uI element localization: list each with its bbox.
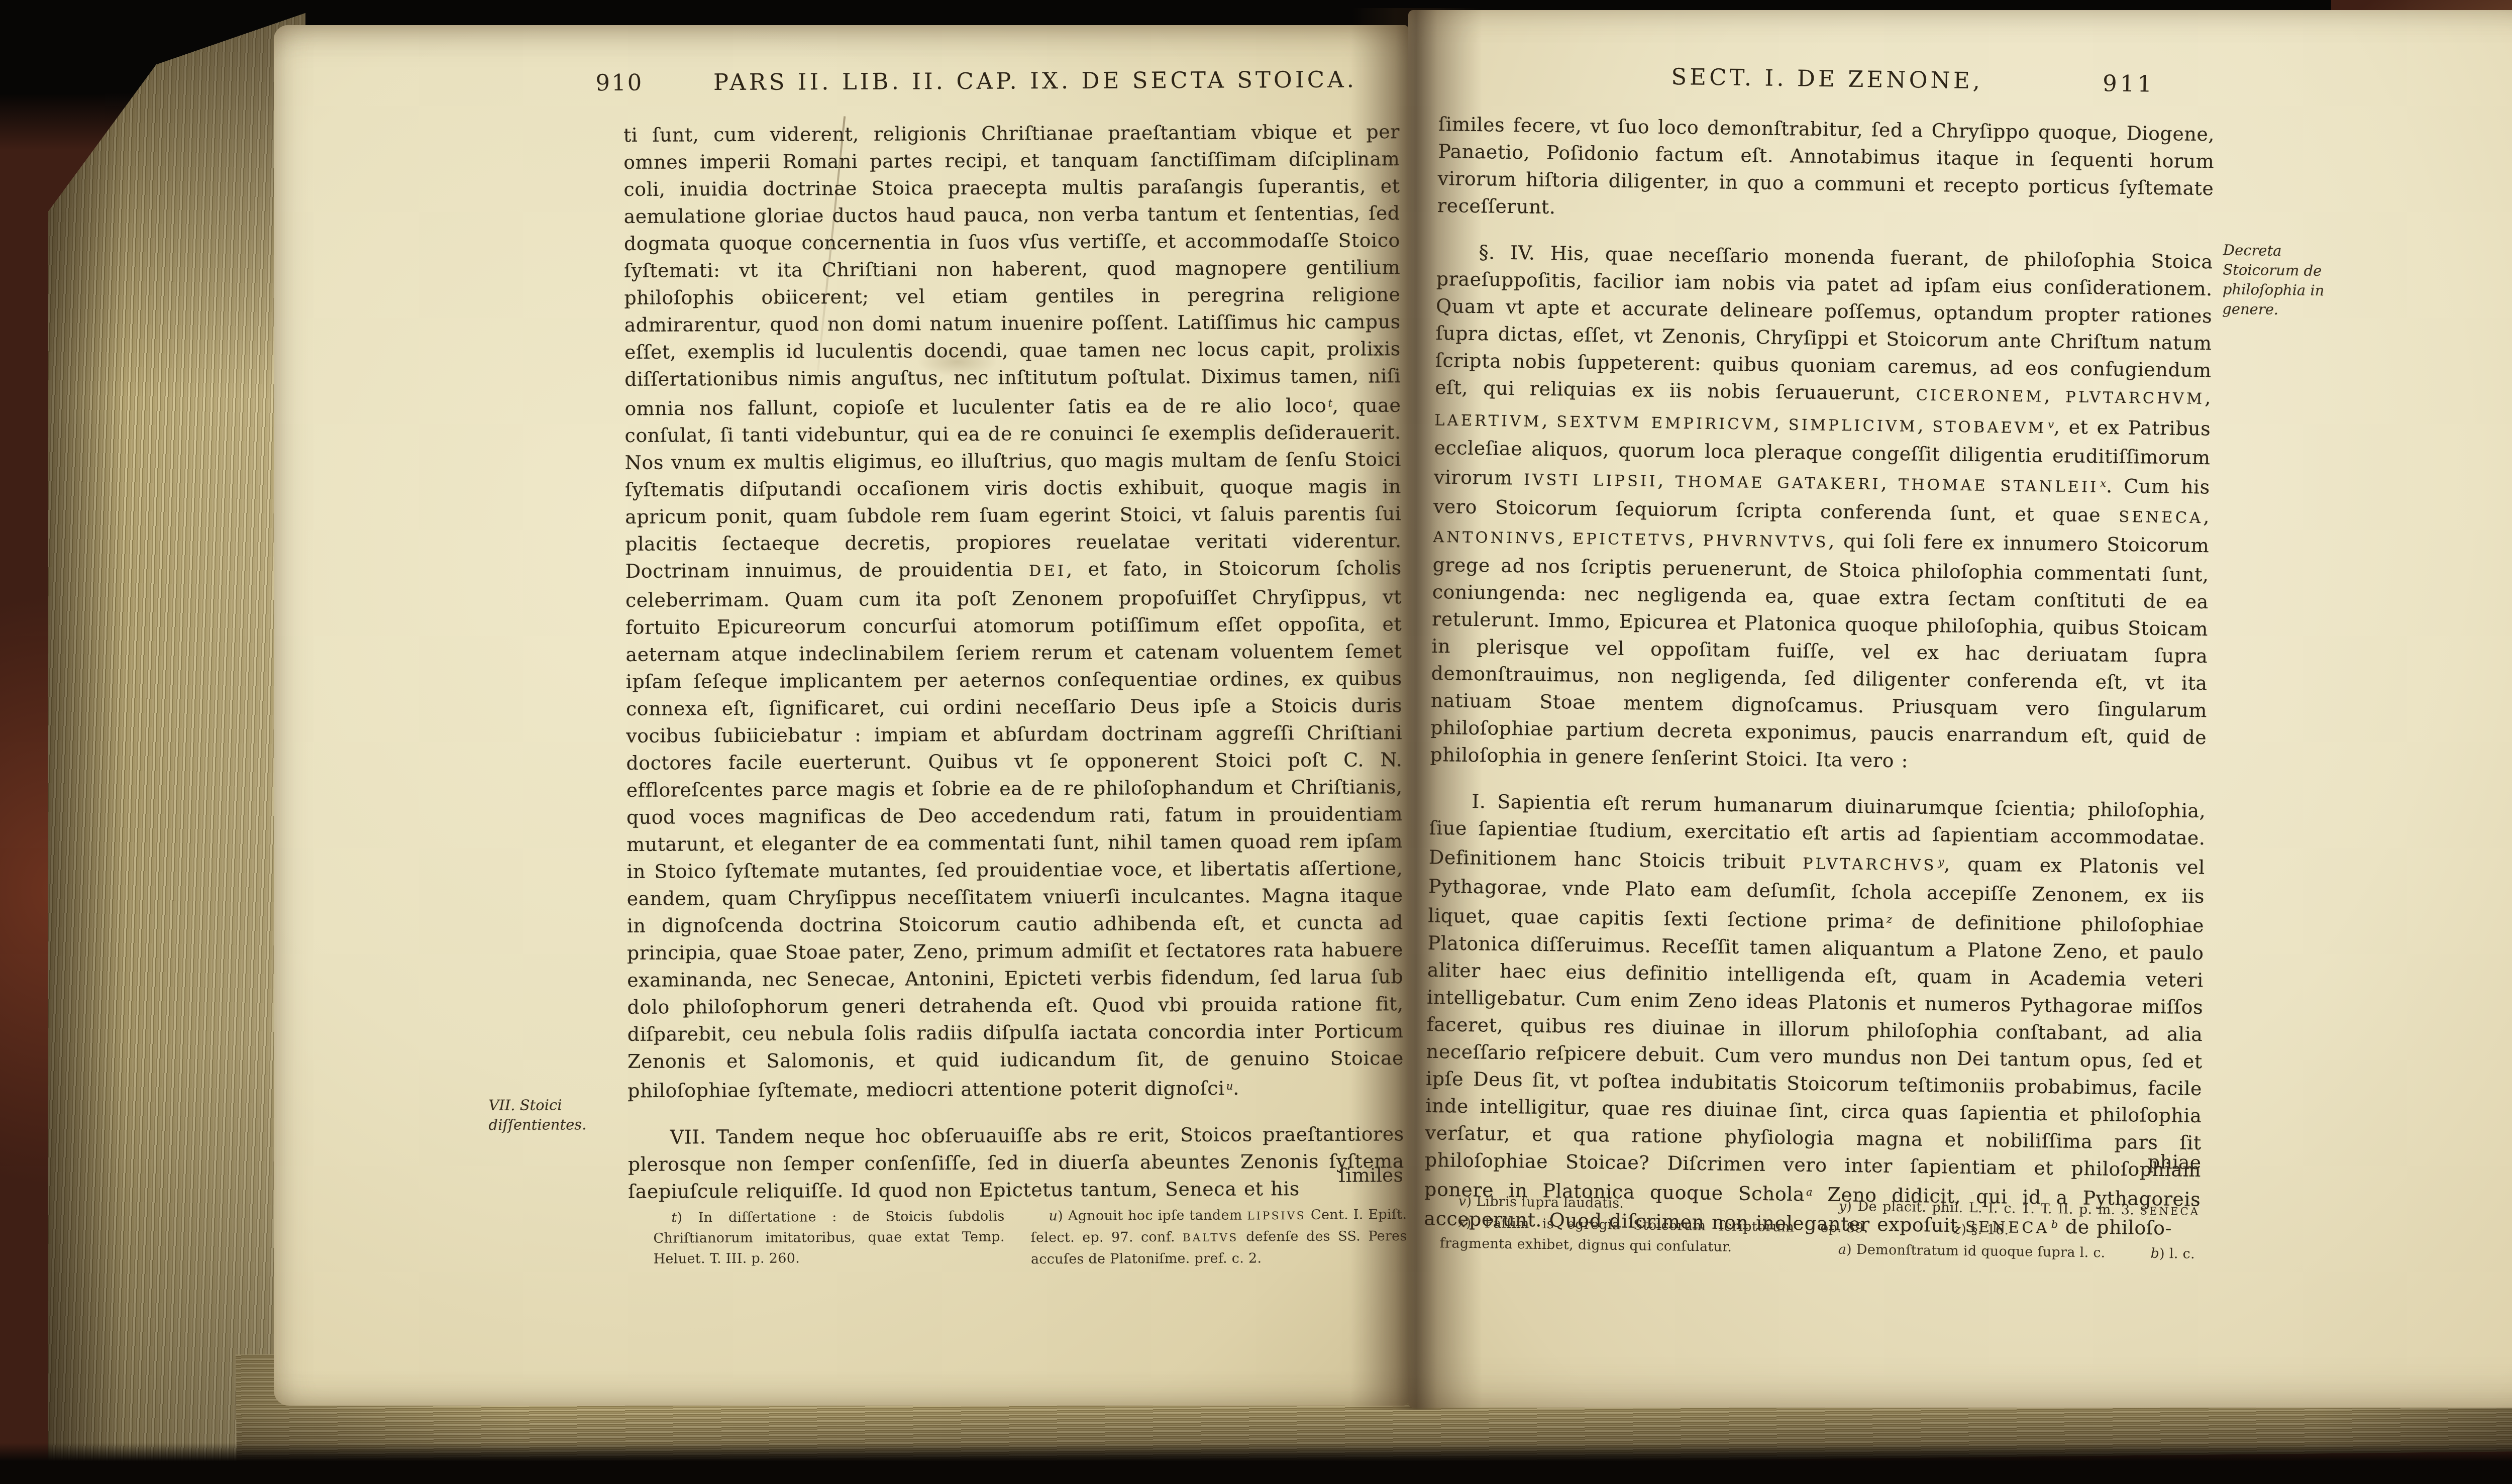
footnote-entry-y-z: y) De placit. phil. L. I. c. 1. T. II. p…	[1820, 1196, 2200, 1243]
footnote-entry-t: t) In diſſertatione : de Stoicis ſubdoli…	[653, 1206, 1005, 1269]
right-page-number: 911	[2103, 70, 2155, 97]
footnote-entry-a-b: a) Demonſtratum id quoque ſupra l. c.b) …	[1820, 1239, 2200, 1264]
left-page-number: 910	[595, 69, 681, 96]
body-paragraph-iv: §. IV. His, quae neceſſario monenda fuer…	[1430, 238, 2213, 778]
body-paragraph-i: I. Sapientia eſt rerum humanarum diuinar…	[1424, 787, 2206, 1244]
right-page-header: SECT. I. DE ZENONE, 911	[1439, 60, 2216, 97]
page-stack-fore-edge	[48, 13, 305, 1484]
footnote-entry-v: v) Libris ſupra laudatis.	[1440, 1191, 1795, 1216]
body-paragraph-continuation: ti ſunt, cum viderent, religionis Chriſt…	[623, 118, 1404, 1105]
left-page-body: ti ſunt, cum viderent, religionis Chriſt…	[623, 118, 1404, 1205]
left-running-title: PARS II. LIB. II. CAP. IX. DE SECTA STOI…	[681, 66, 1389, 95]
body-paragraph-vii: VII. Tandem neque hoc obſeruauiſſe abs r…	[628, 1120, 1405, 1205]
book-photo: 910 PARS II. LIB. II. CAP. IX. DE SECTA …	[0, 0, 2512, 1484]
footnote-column: y) De placit. phil. L. I. c. 1. T. II. p…	[1820, 1196, 2201, 1264]
left-catchword: ſimiles	[1128, 1164, 1403, 1187]
footnote-column: v) Libris ſupra laudatis. x) Paſſim is e…	[1440, 1191, 1795, 1259]
footnote-entry-u: u) Agnouit hoc ipſe tandem Lipsivs Cent.…	[1030, 1204, 1407, 1269]
footnote-column: t) In diſſertatione : de Stoicis ſubdoli…	[653, 1206, 1005, 1271]
left-page-header: 910 PARS II. LIB. II. CAP. IX. DE SECTA …	[595, 66, 1389, 96]
left-margin-note: VII. Stoici diſſentientes.	[488, 1095, 611, 1135]
left-page: 910 PARS II. LIB. II. CAP. IX. DE SECTA …	[274, 25, 1408, 1406]
right-running-title: SECT. I. DE ZENONE,	[1439, 60, 2216, 97]
body-paragraph-continuation: ſimiles fecere, vt ſuo loco demonſtrabit…	[1437, 111, 2215, 229]
photo-background-bottom	[0, 1443, 2512, 1484]
right-page-body: ſimiles fecere, vt ſuo loco demonſtrabit…	[1424, 111, 2215, 1244]
footnote-entry-x: x) Paſſim is egregia Stoicorum ſcriptoru…	[1440, 1212, 1795, 1258]
right-margin-note: Decreta Stoicorum de philoſophia in gene…	[2222, 240, 2341, 320]
right-page: SECT. I. DE ZENONE, 911 ſimiles fecere, …	[1408, 10, 2512, 1408]
footnote-column: u) Agnouit hoc ipſe tandem Lipsivs Cent.…	[1030, 1204, 1407, 1269]
left-footnotes: t) In diſſertatione : de Stoicis ſubdoli…	[653, 1204, 1407, 1271]
right-footnotes: v) Libris ſupra laudatis. x) Paſſim is e…	[1440, 1191, 2207, 1264]
right-catchword: phiae	[1926, 1148, 2202, 1174]
